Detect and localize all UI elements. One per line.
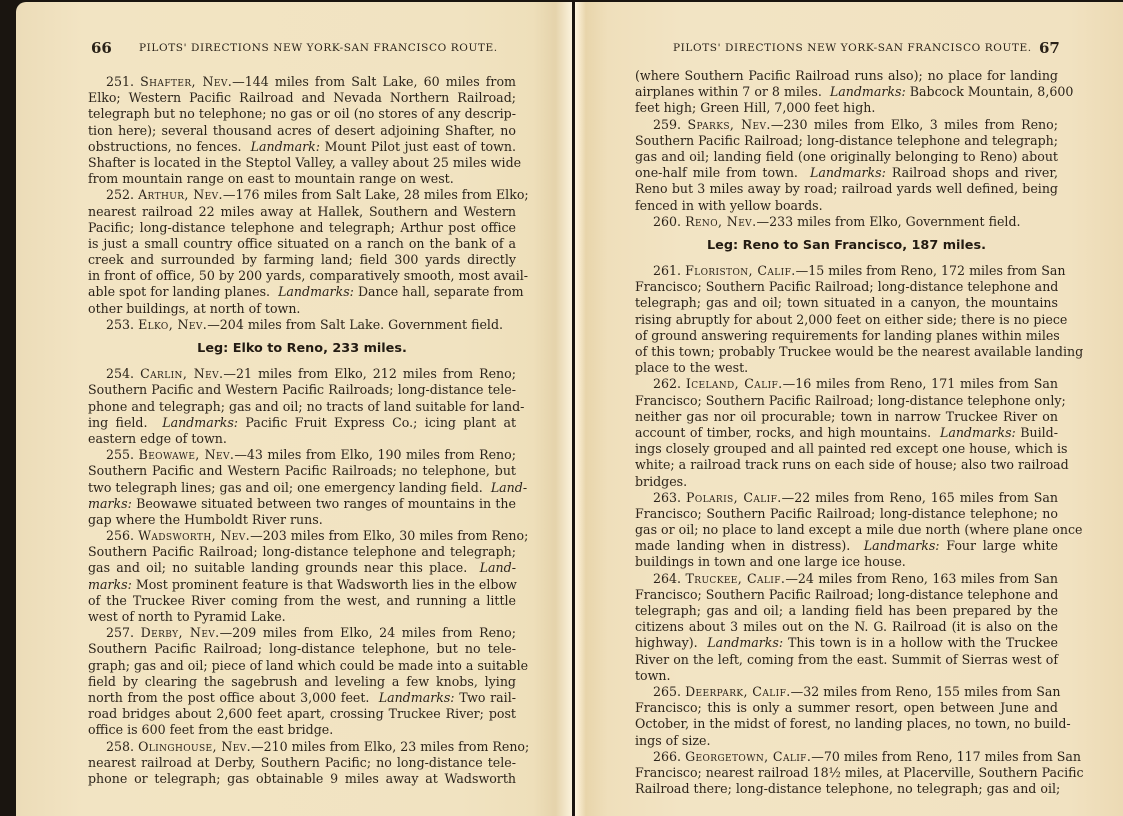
entry-line: Southern Pacific Railroad; long-distance…: [88, 641, 516, 657]
entry-265: 265. Deerpark, Calif.—32 miles from Reno…: [635, 684, 1058, 749]
entry-252: 252. Arthur, Nev.—176 miles from Salt La…: [88, 187, 516, 317]
entry-line: marks: Beowawe situated between two rang…: [88, 496, 516, 512]
entry-255: 255. Beowawe, Nev.—43 miles from Elko, 1…: [88, 447, 516, 528]
entry-line: nearest railroad at Derby, Southern Paci…: [88, 755, 516, 771]
landmarks-label: Landmarks:: [830, 84, 906, 99]
entry-line: two telegraph lines; gas and oil; one em…: [88, 480, 516, 496]
entry-258-continued: (where Southern Pacific Railroad runs al…: [635, 68, 1058, 117]
entry-line: neither gas nor oil procurable; town in …: [635, 409, 1058, 425]
entry-line: 260. Reno, Nev.—233 miles from Elko, Gov…: [635, 214, 1058, 230]
left-page: 66 PILOTS' DIRECTIONS NEW YORK-SAN FRANC…: [16, 2, 572, 816]
entry-line: phone and telegraph; gas and oil; no tra…: [88, 399, 516, 415]
entry-line: airplanes within 7 or 8 miles. Landmarks…: [635, 84, 1058, 100]
entry-line: Pacific; long-distance telephone and tel…: [88, 220, 516, 236]
entry-254: 254. Carlin, Nev.—21 miles from Elko, 21…: [88, 366, 516, 447]
entry-line: Francisco; Southern Pacific Railroad; lo…: [635, 393, 1058, 409]
entry-line: from mountain range on east to mountain …: [88, 171, 516, 187]
entry-line: highway). Landmarks: This town is in a h…: [635, 635, 1058, 651]
entry-261: 261. Floriston, Calif.—15 miles from Ren…: [635, 263, 1058, 376]
entry-line: graph; gas and oil; piece of land which …: [88, 658, 516, 674]
entry-line: 263. Polaris, Calif.—22 miles from Reno,…: [635, 490, 1058, 506]
entry-line: ing field. Landmarks: Pacific Fruit Expr…: [88, 415, 516, 431]
place-name: Olinghouse, Nev.: [138, 739, 251, 754]
place-name: Georgetown, Calif.: [685, 749, 811, 764]
place-name: Wadsworth, Nev.: [138, 528, 250, 543]
entry-line: Francisco; this is only a summer resort,…: [635, 700, 1058, 716]
entry-line: of this town; probably Truckee would be …: [635, 344, 1058, 360]
entry-line: field by clearing the sagebrush and leve…: [88, 674, 516, 690]
place-name: Shafter, Nev.: [140, 74, 232, 89]
place-name: Deerpark, Calif.: [685, 684, 791, 699]
place-name: Arthur, Nev.: [138, 187, 223, 202]
entry-line: 259. Sparks, Nev.—230 miles from Elko, 3…: [635, 117, 1058, 133]
entry-line: place to the west.: [635, 360, 1058, 376]
entry-258: 258. Olinghouse, Nev.—210 miles from Elk…: [88, 739, 516, 788]
entry-line: ings of size.: [635, 733, 1058, 749]
entry-251: 251. Shafter, Nev.—144 miles from Salt L…: [88, 74, 516, 187]
entry-line: feet high; Green Hill, 7,000 feet high.: [635, 100, 1058, 116]
landmark-label: Landmark:: [251, 139, 320, 154]
entry-line: other buildings, at north of town.: [88, 301, 516, 317]
entry-line: white; a railroad track runs on each sid…: [635, 457, 1058, 473]
entry-line: obstructions, no fences. Landmark: Mount…: [88, 139, 516, 155]
entry-line: Shafter is located in the Steptol Valley…: [88, 155, 516, 171]
entry-line: nearest railroad 22 miles away at Hallek…: [88, 204, 516, 220]
entry-line: Southern Pacific Railroad; long-distance…: [635, 133, 1058, 149]
entry-line: 264. Truckee, Calif.—24 miles from Reno,…: [635, 571, 1058, 587]
entry-line: telegraph; gas and oil; town situated in…: [635, 295, 1058, 311]
entry-line: 255. Beowawe, Nev.—43 miles from Elko, 1…: [88, 447, 516, 463]
entry-line: October, in the midst of forest, no land…: [635, 716, 1058, 732]
entry-line: 256. Wadsworth, Nev.—203 miles from Elko…: [88, 528, 516, 544]
place-name: Beowawe, Nev.: [139, 447, 235, 462]
entry-257: 257. Derby, Nev.—209 miles from Elko, 24…: [88, 625, 516, 738]
entry-line: 253. Elko, Nev.—204 miles from Salt Lake…: [88, 317, 516, 333]
landmarks-label: Landmarks:: [162, 415, 238, 430]
entry-264: 264. Truckee, Calif.—24 miles from Reno,…: [635, 571, 1058, 684]
landmarks-label: Landmarks:: [940, 425, 1016, 440]
right-page-text: (where Southern Pacific Railroad runs al…: [635, 68, 1058, 797]
place-name: Truckee, Calif.: [685, 571, 785, 586]
landmarks-label: Landmarks:: [379, 690, 455, 705]
entry-line: gas and oil; landing field (one original…: [635, 149, 1058, 165]
entry-line: able spot for landing planes. Landmarks:…: [88, 284, 516, 300]
entry-256: 256. Wadsworth, Nev.—203 miles from Elko…: [88, 528, 516, 625]
entry-line: west of north to Pyramid Lake.: [88, 609, 516, 625]
entry-line: in front of office, 50 by 200 yards, com…: [88, 268, 516, 284]
landmarks-label: marks:: [88, 577, 132, 592]
landmarks-label: marks:: [88, 496, 132, 511]
entry-line: north from the post office about 3,000 f…: [88, 690, 516, 706]
place-name: Sparks, Nev.: [687, 117, 770, 132]
entry-line: Southern Pacific and Western Pacific Rai…: [88, 382, 516, 398]
book-spread: 66 PILOTS' DIRECTIONS NEW YORK-SAN FRANC…: [0, 0, 1123, 816]
entry-line: phone or telegraph; gas obtainable 9 mil…: [88, 771, 516, 787]
entry-259: 259. Sparks, Nev.—230 miles from Elko, 3…: [635, 117, 1058, 214]
entry-line: telegraph but no telephone; no gas or oi…: [88, 106, 516, 122]
place-name: Reno, Nev.: [685, 214, 756, 229]
entry-line: Railroad there; long-distance telephone,…: [635, 781, 1058, 797]
entry-line: gas and oil; no suitable landing grounds…: [88, 560, 516, 576]
entry-line: made landing when in distress). Landmark…: [635, 538, 1058, 554]
landmarks-label: Landmarks:: [707, 635, 783, 650]
entry-line: 254. Carlin, Nev.—21 miles from Elko, 21…: [88, 366, 516, 382]
entry-line: Reno but 3 miles away by road; railroad …: [635, 181, 1058, 197]
place-name: Floriston, Calif.: [685, 263, 796, 278]
entry-line: 252. Arthur, Nev.—176 miles from Salt La…: [88, 187, 516, 203]
entry-line: 266. Georgetown, Calif.—70 miles from Re…: [635, 749, 1058, 765]
entry-line: account of timber, rocks, and high mount…: [635, 425, 1058, 441]
landmarks-label: Landmarks:: [278, 284, 354, 299]
entry-260: 260. Reno, Nev.—233 miles from Elko, Gov…: [635, 214, 1058, 230]
entry-line: 262. Iceland, Calif.—16 miles from Reno,…: [635, 376, 1058, 392]
entry-line: fenced in with yellow boards.: [635, 198, 1058, 214]
entry-line: telegraph; gas and oil; a landing field …: [635, 603, 1058, 619]
place-name: Polaris, Calif.: [686, 490, 782, 505]
entry-line: eastern edge of town.: [88, 431, 516, 447]
entry-line: River on the left, coming from the east.…: [635, 652, 1058, 668]
entry-line: buildings in town and one large ice hous…: [635, 554, 1058, 570]
entry-266: 266. Georgetown, Calif.—70 miles from Re…: [635, 749, 1058, 798]
entry-line: of the Truckee River coming from the wes…: [88, 593, 516, 609]
entry-line: (where Southern Pacific Railroad runs al…: [635, 68, 1058, 84]
entry-line: tion here); several thousand acres of de…: [88, 123, 516, 139]
entry-line: Southern Pacific and Western Pacific Rai…: [88, 463, 516, 479]
entry-line: Francisco; Southern Pacific Railroad; lo…: [635, 506, 1058, 522]
entry-line: 261. Floriston, Calif.—15 miles from Ren…: [635, 263, 1058, 279]
entry-line: one-half mile from town. Landmarks: Rail…: [635, 165, 1058, 181]
entry-line: Francisco; Southern Pacific Railroad; lo…: [635, 587, 1058, 603]
landmarks-label: Landmarks:: [864, 538, 940, 553]
entry-253: 253. Elko, Nev.—204 miles from Salt Lake…: [88, 317, 516, 333]
entry-line: rising abruptly for about 2,000 feet on …: [635, 312, 1058, 328]
entry-line: 265. Deerpark, Calif.—32 miles from Reno…: [635, 684, 1058, 700]
entry-line: Francisco; Southern Pacific Railroad; lo…: [635, 279, 1058, 295]
right-page-number: 67: [1039, 39, 1060, 57]
place-name: Iceland, Calif.: [686, 376, 783, 391]
entry-line: ings closely grouped and all painted red…: [635, 441, 1058, 457]
entry-line: marks: Most prominent feature is that Wa…: [88, 577, 516, 593]
entry-line: office is 600 feet from the east bridge.: [88, 722, 516, 738]
entry-line: road bridges about 2,600 feet apart, cro…: [88, 706, 516, 722]
landmarks-label: Landmarks:: [810, 165, 886, 180]
leg-heading: Leg: Elko to Reno, 233 miles.: [88, 341, 516, 357]
entry-line: creek and surrounded by farming land; fi…: [88, 252, 516, 268]
entry-line: citizens about 3 miles out on the N. G. …: [635, 619, 1058, 635]
entry-line: Francisco; nearest railroad 18½ miles, a…: [635, 765, 1058, 781]
entry-line: 251. Shafter, Nev.—144 miles from Salt L…: [88, 74, 516, 90]
entry-line: Southern Pacific Railroad; long-distance…: [88, 544, 516, 560]
place-name: Elko, Nev.: [138, 317, 207, 332]
entry-line: of ground answering requirements for lan…: [635, 328, 1058, 344]
entry-line: gas or oil; no place to land except a mi…: [635, 522, 1058, 538]
entry-line: town.: [635, 668, 1058, 684]
place-name: Derby, Nev.: [141, 625, 220, 640]
entry-262: 262. Iceland, Calif.—16 miles from Reno,…: [635, 376, 1058, 489]
left-page-number: 66: [91, 39, 112, 57]
entry-line: 257. Derby, Nev.—209 miles from Elko, 24…: [88, 625, 516, 641]
entry-263: 263. Polaris, Calif.—22 miles from Reno,…: [635, 490, 1058, 571]
right-running-head: PILOTS' DIRECTIONS NEW YORK-SAN FRANCISC…: [673, 42, 1032, 54]
leg-heading: Leg: Reno to San Francisco, 187 miles.: [635, 238, 1058, 254]
left-running-head: PILOTS' DIRECTIONS NEW YORK-SAN FRANCISC…: [139, 42, 498, 54]
entry-line: bridges.: [635, 474, 1058, 490]
right-page: PILOTS' DIRECTIONS NEW YORK-SAN FRANCISC…: [575, 2, 1123, 816]
entry-line: gap where the Humboldt River runs.: [88, 512, 516, 528]
place-name: Carlin, Nev.: [140, 366, 223, 381]
entry-line: is just a small country office situated …: [88, 236, 516, 252]
entry-line: 258. Olinghouse, Nev.—210 miles from Elk…: [88, 739, 516, 755]
entry-line: Elko; Western Pacific Railroad and Nevad…: [88, 90, 516, 106]
left-page-text: 251. Shafter, Nev.—144 miles from Salt L…: [88, 74, 516, 787]
